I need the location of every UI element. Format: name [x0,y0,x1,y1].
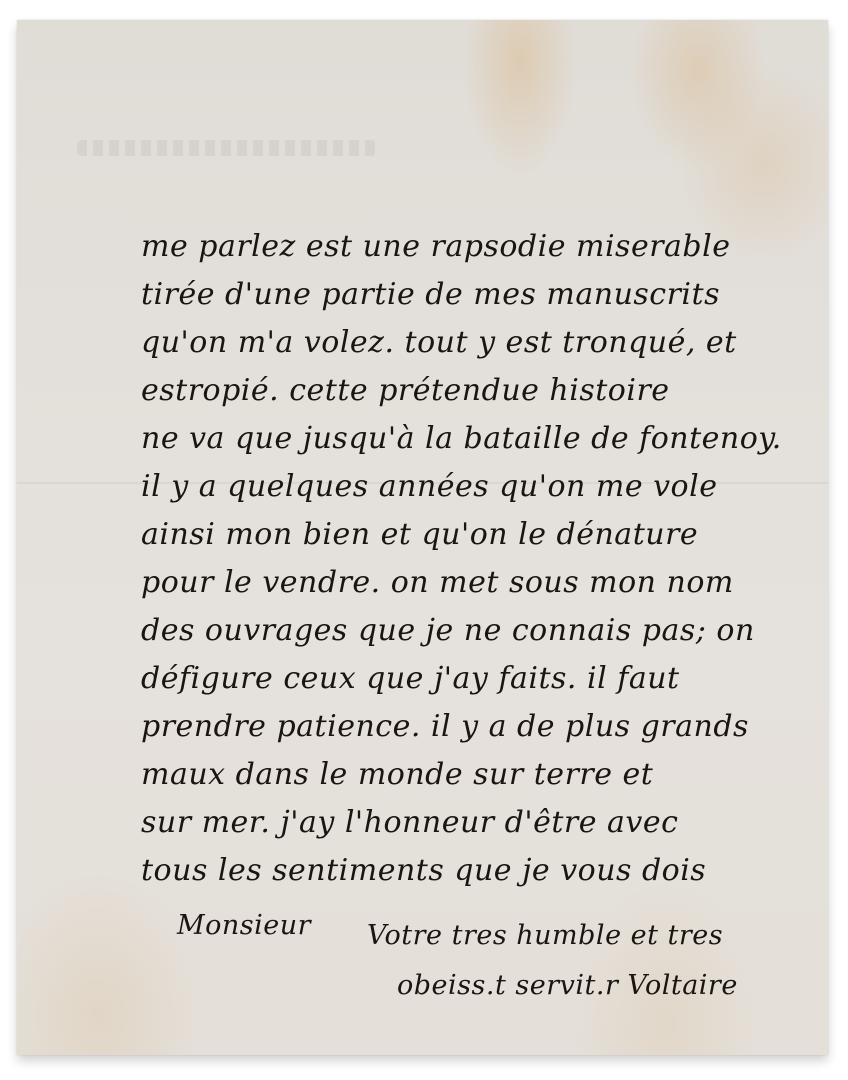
letter-line: ne va que jusqu'à la bataille de fonteno… [141,424,782,454]
letter-line: estropié. cette prétendue histoire [141,376,670,406]
letter-line: des ouvrages que je ne connais pas; on [141,616,755,646]
closing-signature-line: obeiss.t servit.r Voltaire [397,972,738,999]
salutation: Monsieur [177,912,311,939]
letter-line: tirée d'une partie de mes manuscrits [141,280,720,310]
letter-line: défigure ceux que j'ay faits. il faut [141,664,680,694]
letter-line: qu'on m'a volez. tout y est tronqué, et [141,328,737,358]
letter-line: tous les sentiments que je vous dois [141,856,706,886]
letter-line: sur mer. j'ay l'honneur d'être avec [141,808,678,838]
bleed-through-text [77,140,377,156]
letter-sheet: me parlez est une rapsodie miserable tir… [17,20,828,1055]
letter-line: me parlez est une rapsodie miserable [141,232,730,262]
closing-line-1: Votre tres humble et tres [367,922,723,949]
letter-line: pour le vendre. on met sous mon nom [141,568,734,598]
letter-line: il y a quelques années qu'on me vole [141,472,717,502]
letter-line: ainsi mon bien et qu'on le dénature [141,520,698,550]
letter-line: prendre patience. il y a de plus grands [141,712,749,742]
letter-line: maux dans le monde sur terre et [141,760,653,790]
